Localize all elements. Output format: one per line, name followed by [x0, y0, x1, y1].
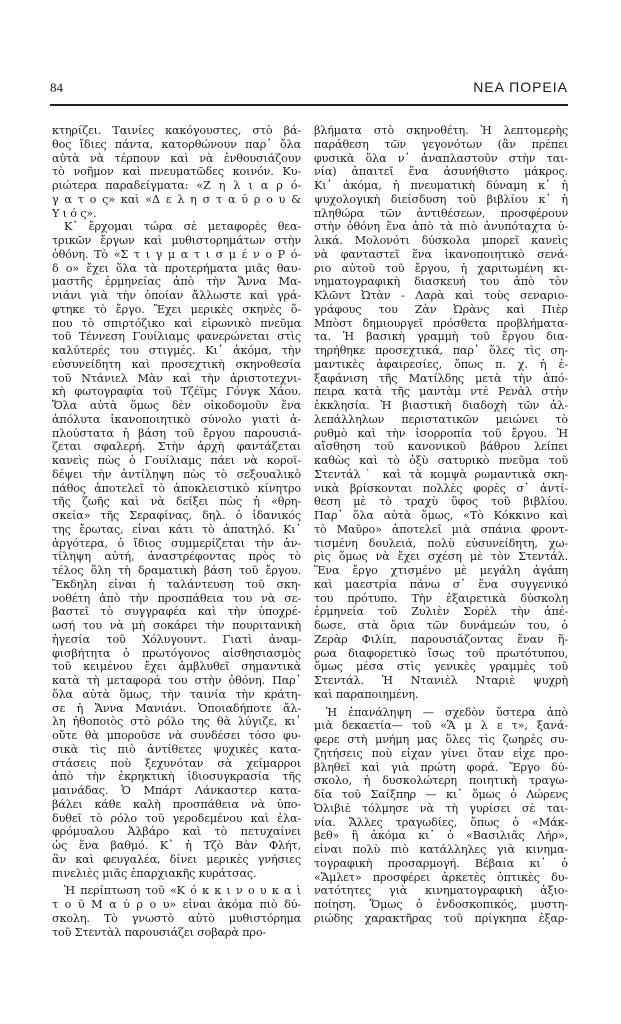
text-line: βαστεῖ τὸ συγγραφέα καὶ τὴν ὑποχρέ- — [52, 605, 301, 619]
text-line: τοῦ Τέννεση Γουίλιαμς φανερώνεται στὶς — [52, 330, 301, 344]
text-line: ἀπὸ τὴν ἐκρηκτικὴ ἰδιοσυγκρασία τῆς — [52, 770, 301, 784]
text-line: δωσε, στὰ ὅρια τῶν δυνάμεών του, ὁ — [314, 619, 568, 633]
text-line: τὸ νοῆμον καὶ πνευματῶδες κοινόν. Κυ- — [52, 165, 301, 179]
text-line: φερε στὴ μνήμη μας ὅλες τὶς ζωηρὲς συ- — [314, 733, 568, 747]
text-line: εὐσυνείδητη καὶ προσεχτικὴ σκηνοθεσία — [52, 358, 301, 372]
text-line: Κ᾽ ἔρχομαι τώρα σὲ μεταφορὲς θεα- — [52, 220, 301, 234]
text-line: που τὸ σπιρτόζικο καὶ εἰρωνικὸ πνεῦμα — [52, 317, 301, 331]
text-line: τῆς ζωῆς καὶ νὰ δείξει πὼς ἡ «θρη- — [52, 495, 301, 509]
text-line: μαστῆς ἑρμηνείας ἀπὸ τὴν Ἄννα Μα- — [52, 275, 301, 289]
text-line: ἐκκλησία. Ἡ βιαστικὴ διαδοχὴ τῶν ἀλ- — [314, 399, 568, 413]
text-line: «Ἅμλετ» προσφέρει ἀρκετὲς ὀπτικὲς δυ- — [314, 871, 568, 885]
text-column-left: κτηρίζει. Ταινίες κακόγουστες, στὸ βά-θο… — [52, 124, 301, 939]
text-line: στὴν ὀθόνη ἕνα ἀπὸ τὰ πιὸ ἀνυπόταχτα ὑ- — [314, 220, 568, 234]
text-line: καλύτερές του στιγμές. Κι᾽ ἀκόμα, τὴν — [52, 344, 301, 358]
text-line: βάλει κάθε καλὴ προσπάθεια νὰ ὑπο- — [52, 798, 301, 812]
text-line: νηματογραφικὴ διασκευή του ἀπὸ τὸν — [314, 275, 568, 289]
text-line: λικά. Μολονότι δύσκολα μπορεῖ κανεὶς — [314, 234, 568, 248]
text-line: Μπὸστ δημιουργεῖ πρόσθετα προβλήματα- — [314, 317, 568, 331]
text-line: ὡς ἕνα βαθμό. Κ᾽ ἡ Τζὸ Βὰν Φλήτ, — [52, 839, 301, 853]
text-column-right: βλήματα στὸ σκηνοθέτη. Ἡ λεπτομερὴςπαράθ… — [314, 124, 568, 926]
text-line: νιάνι γιὰ τὴν ὁποίαν ἄλλωστε καὶ γρά- — [52, 289, 301, 303]
text-line: τισμένη δουλειά, πολὺ εὐσυνείδητη, χω- — [314, 537, 568, 551]
text-line: εἶναι πολὺ πιὸ κατάλληλες γιὰ κινημα- — [314, 843, 568, 857]
text-line: Ζερὰρ Φιλίπ, παρουσιάζοντας ἕναν ἥ- — [314, 633, 568, 647]
text-line: τὸ Μαῦρο» ἀποτελεῖ μιὰ σπάνια φροντ- — [314, 523, 568, 537]
text-line: πάθος ἀποτελεῖ τὸ ἀποκλειστικὸ κίνητρο — [52, 482, 301, 496]
text-line: ὅμως μέσα στὶς γενικὲς γραμμὲς τοῦ — [314, 660, 568, 674]
text-line: τ ο ῦ Μ α ύ ρ ο υ» εἶναι ἀκόμα πιὸ δύ- — [52, 898, 301, 912]
text-line: ὀθόνη. Τὸ «Σ τ ι γ μ α τ ι σ μ έ ν ο Ρ ό… — [52, 248, 301, 262]
text-line: λεπάλληλων περιστατικῶν μειώνει τὸ — [314, 413, 568, 427]
text-line: σικὰ τὶς πιὸ ἀντίθετες ψυχικὲς κατα- — [52, 743, 301, 757]
text-line: φτηκε τὸ ἔργο. Ἔχει μερικὲς σκηνὲς ὅ- — [52, 303, 301, 317]
text-line: ριώτερα παραδείγματα: «Ζ η λ ι α ρ ό- — [52, 179, 301, 193]
text-line: Ὀλιβιὲ τόλμησε νὰ τὴ γυρίσει σὲ ται- — [314, 802, 568, 816]
text-line: δέψει τὴν ἀντίληψη πὼς τὸ σεξουαλικὸ — [52, 468, 301, 482]
text-line: σκολη. Τὸ γνωστὸ αὐτὸ μυθιστόρημα — [52, 912, 301, 926]
text-line: καὶ παραποιημένη. — [314, 688, 568, 702]
text-line: ρὶς ὅμως νὰ ἔχει σχέση μὲ τὸν Στεντάλ. — [314, 550, 568, 564]
text-line: λη ἠθοποιὸς στὸ ρόλο της θὰ λύγιζε, κι᾽ — [52, 715, 301, 729]
text-line: Υ ι ό ς». — [52, 207, 301, 221]
text-line: ἑρμηνεία τοῦ Ζυλιὲν Σορὲλ τὴν ἀπέ- — [314, 605, 568, 619]
text-line: βεθ» ἢ ἀκόμα κι᾽ ὁ «Βασιλιᾶς Λήρ», — [314, 829, 568, 843]
text-line: πειρα κατὰ τῆς μαντὰμ ντὲ Ρενὰλ στὴν — [314, 385, 568, 399]
text-line: μαντικὲς ἀφαιρεσίες, ὅπως π. χ. ἡ ἐ- — [314, 358, 568, 372]
text-line: Κι᾽ ἀκόμα, ἡ πνευματικὴ δύναμη κ᾽ ἡ — [314, 179, 568, 193]
text-line: τα. Ἡ βασικὴ γραμμὴ τοῦ ἔργου δια- — [314, 330, 568, 344]
text-line: Ὅλα αὐτὰ ὅμως δὲν οἰκοδομοῦν ἕνα — [52, 399, 301, 413]
text-line: ἡγεσία τοῦ Χόλυγουντ. Γιατὶ ἀναμ- — [52, 633, 301, 647]
text-line: γ α τ ο ς» καὶ «Δ ε λ η σ τ α ύ ρ ο υ & — [52, 193, 301, 207]
text-line: θεση μὲ τὸ τραχὺ ὕφος τοῦ βιβλίου. — [314, 495, 568, 509]
text-line: Παρ᾽ ὅλα αὐτὰ ὅμως, «Τὸ Κόκκινο καὶ — [314, 509, 568, 523]
text-line: κτηρίζει. Ταινίες κακόγουστες, στὸ βά- — [52, 124, 301, 138]
text-line: Στεντάλ˙ καὶ τὰ κομψὰ ρωμαντικὰ σκη- — [314, 468, 568, 482]
text-line: Στεντάλ. Ἡ Ντανιὲλ Νταριὲ ψυχρὴ — [314, 674, 568, 688]
text-line: ἀργότερα, ὁ ἴδιος συμμερίζεται τὴν ἀν- — [52, 537, 301, 551]
text-line: ψυχολογικὴ διείσδυση τοῦ βιβλίου κ᾽ ἡ — [314, 193, 568, 207]
text-line: τοῦ Στεντὰλ παρουσιάζει σοβαρὰ προ- — [52, 926, 301, 940]
text-line: Ἔκδηλη εἶναι ἡ ταλάντευση τοῦ σκη- — [52, 578, 301, 592]
text-line: σε ἡ Ἄννα Μανιάνι. Ὁποιαδήποτε ἄλ- — [52, 702, 301, 716]
text-line: μιὰ δεκαετία— τοῦ «Ἅ μ λ ε τ», ξανά- — [314, 719, 568, 733]
text-line: βλήματα στὸ σκηνοθέτη. Ἡ λεπτομερὴς — [314, 124, 568, 138]
text-line: πινελιὲς μιᾶς ἐπαρχιακῆς κυράτσας. — [52, 867, 301, 881]
text-line: οὔτε θὰ μποροῦσε νὰ συνδέσει τόσο φυ- — [52, 729, 301, 743]
document-page: 84 ΝΕΑ ΠΟΡΕΙΑ κτηρίζει. Ταινίες κακόγουσ… — [0, 0, 621, 1024]
text-line: νὰ φανταστεῖ ἕνα ἱκανοποιητικὸ σενά- — [314, 248, 568, 262]
text-line: ρωα διαφορετικὸ ἴσως τοῦ πρωτότυπου, — [314, 647, 568, 661]
text-line: τοῦ Ντάνιελ Μὰν καὶ τὴν ἀριστοτεχνι- — [52, 372, 301, 386]
text-line: νοθέτη ἀπὸ τὴν προσπάθεια του νὰ σε- — [52, 592, 301, 606]
text-line: κὴ φωτογραφία τοῦ Τζέϊμς Γόνγκ Χάου. — [52, 385, 301, 399]
text-line: μαινάδας. Ὁ Μπάρτ Λάνκαστερ κατα- — [52, 784, 301, 798]
journal-title: ΝΕΑ ΠΟΡΕΙΑ — [473, 79, 568, 95]
text-line: πλούστατα ἡ βάση τοῦ ἔργου παρουσιά- — [52, 427, 301, 441]
text-line: Ἕνα ἔργο χτισμένο μὲ μεγάλη ἀγάπη — [314, 564, 568, 578]
text-line: ποίηση. Ὅμως ὁ ἐνδοσκοπικός, μυστη- — [314, 898, 568, 912]
text-line: ωσή του νὰ μὴ σοκάρει τὴν πουριτανικὴ — [52, 619, 301, 633]
text-line: τίληψη αὐτή, ἀναστρέφοντας πρὸς τὸ — [52, 550, 301, 564]
text-line: της ἔρωτας, εἶναι κάτι τὸ ἀπατηλό. Κι᾽ — [52, 523, 301, 537]
text-line: τρικῶν ἔργων καὶ μυθιστορημάτων στὴν — [52, 234, 301, 248]
text-line: κανεὶς πὼς ὁ Γουίλιαμς πάει νὰ κοροϊ- — [52, 454, 301, 468]
text-line: νατότητες γιὰ κινηματογραφικὴ ἀξιο- — [314, 884, 568, 898]
text-line: σκολο, ἡ δυσκολώτερη ποιητικὴ τραγω- — [314, 774, 568, 788]
text-line: ἀπόλυτα ἱκανοποιητικὸ σύνολο γιατὶ ἁ- — [52, 413, 301, 427]
text-line: δυθεῖ τὸ ρόλο τοῦ γεροδεμένου καὶ ἐλα- — [52, 812, 301, 826]
text-line: ζεται σφαλερή. Στὴν ἀρχὴ φαντάζεται — [52, 440, 301, 454]
text-line: τοῦ κειμένου ἔχει ἀμβλυθεῖ σημαντικὰ — [52, 660, 301, 674]
text-line: αἴσθηση τοῦ κανονικοῦ βάθρου λείπει — [314, 440, 568, 454]
text-line: ριο αὐτοῦ τοῦ ἔργου, ἡ χαριτωμένη κι- — [314, 262, 568, 276]
text-line: δ ο» ἔχει ὅλα τὰ προτερήματα μιᾶς θαυ- — [52, 262, 301, 276]
text-line: παράθεση τῶν γεγονότων (ἂν πρέπει — [314, 138, 568, 152]
text-line: φισβήτητα ὁ πρωτόγονος αἰσθησιασμὸς — [52, 647, 301, 661]
text-line: πληθώρα τῶν ἀντιθέσεων, προσφέρουν — [314, 207, 568, 221]
text-line: ριώδης χαρακτῆρας τοῦ πρίγκηπα ἐξαρ- — [314, 912, 568, 926]
text-line: βληθεῖ καὶ γιὰ πρώτη φορά. Ἔργο δύ- — [314, 761, 568, 775]
text-line: ζητήσεις ποὺ εἶχαν γίνει ὅταν εἶχε προ- — [314, 747, 568, 761]
text-line: νικὰ βρίσκονται πολλὲς φορὲς σ᾽ ἀντί- — [314, 482, 568, 496]
text-line: αὐτὰ νὰ τέρπουν καὶ νὰ ἐνθουσιάζουν — [52, 152, 301, 166]
text-line: φρόμυαλου Ἀλβάρο καὶ τὸ πετυχαίνει — [52, 825, 301, 839]
text-line: θος ἴδιες πάντα, κατορθώνουν παρ᾽ ὅλα — [52, 138, 301, 152]
text-line: γράφους του Ζὰν Ὠρὰνς καὶ Πιὲρ — [314, 303, 568, 317]
text-line: καθὼς καὶ τὸ ὀξὺ σατυρικὸ πνεῦμα τοῦ — [314, 454, 568, 468]
text-line: Ἡ περίπτωση τοῦ «Κ ό κ κ ι ν ο υ κ α ὶ — [52, 884, 301, 898]
text-line: τηρήθηκε προσεχτικά, παρ᾽ ὅλες τὶς ση- — [314, 344, 568, 358]
text-line: δία τοῦ Σαίξπηρ — κι᾽ ὅμως ὁ Λώρενς — [314, 788, 568, 802]
text-line: ρυθμὸ καὶ τὴν ἰσορροπία τοῦ ἔργου. Ἡ — [314, 427, 568, 441]
text-line: νία) ἀπαιτεῖ ἕνα ἀσυνήθιστο μάκρος. — [314, 165, 568, 179]
header-rule — [50, 104, 568, 106]
text-line: ἂν καὶ φευγαλέα, δίνει μερικὲς γνήσιες — [52, 853, 301, 867]
text-line: καὶ μαεστρία πάνω σ᾽ ἕνα συγγενικό — [314, 578, 568, 592]
text-line: κατὰ τὴ μεταφορά του στὴν ὀθόνη. Παρ᾽ — [52, 674, 301, 688]
text-line: τογραφικὴ προσαρμογή. Βέβαια κι᾽ ὁ — [314, 857, 568, 871]
text-line: ξαφάνιση τῆς Ματίλδης μετὰ τὴν ἀπό- — [314, 372, 568, 386]
text-line: Κλῶντ Ὠτὰν - Λαρὰ καὶ τοὺς σεναριο- — [314, 289, 568, 303]
text-line: τέλος ὅλη τὴ δραματικὴ βάση τοῦ ἔργου. — [52, 564, 301, 578]
text-line: Ἡ ἐπανάληψη — σχεδὸν ὕστερα ἀπὸ — [314, 706, 568, 720]
text-line: του πρότυπο. Τὴν ἐξαιρετικὰ δύσκολη — [314, 592, 568, 606]
text-line: στάσεις ποὺ ξεχυνόταν σὰ χείμαρροι — [52, 757, 301, 771]
text-line: φυσικὰ ὅλα ν᾽ ἀναπλαστοῦν στὴν ται- — [314, 152, 568, 166]
text-line: νία. Ἄλλες τραγωδίες, ὅπως ὁ «Μάκ- — [314, 816, 568, 830]
page-number: 84 — [50, 80, 63, 96]
text-line: σκεία» τῆς Σεραφίνας, δηλ. ὁ ἰδανικός — [52, 509, 301, 523]
text-line: ὅλα αὐτὰ ὅμως, τὴν ταινία τὴν κράτη- — [52, 688, 301, 702]
